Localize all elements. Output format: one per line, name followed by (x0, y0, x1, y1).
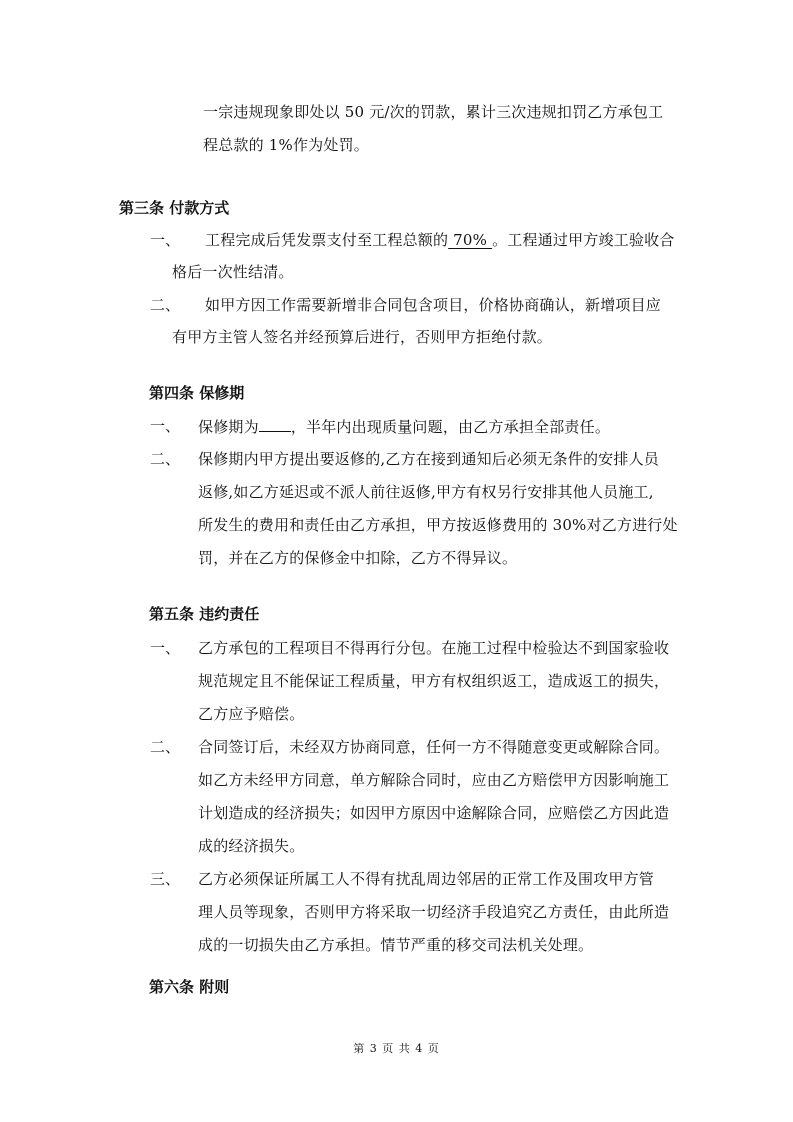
paragraph-line: 保修期内甲方提出要返修的,乙方在接到通知后必须无条件的安排人员 (198, 449, 659, 469)
paragraph-line: 成的经济损失。 (198, 836, 304, 856)
text-segment: ，半年内出现质量问题，由乙方承担全部责任。 (291, 418, 610, 436)
item-number: 二、 (150, 295, 180, 315)
item-number: 一、 (150, 416, 180, 436)
page-footer: 第 3 页 共 4 页 (0, 1040, 793, 1056)
paragraph-line: 如甲方因工作需要新增非合同包含项目，价格协商确认，新增项目应 (205, 295, 661, 315)
paragraph-line: 有甲方主管人签名并经预算后进行，否则甲方拒绝付款。 (172, 327, 552, 347)
section-heading: 第六条 附则 (149, 977, 229, 997)
paragraph-line: 乙方应予赔偿。 (198, 704, 304, 724)
paragraph-line: 乙方必须保证所属工人不得有扰乱周边邻居的正常工作及围攻甲方管 (198, 869, 654, 889)
paragraph-line: 乙方承包的工程项目不得再行分包。在施工过程中检验达不到国家验收 (198, 638, 669, 658)
paragraph-line: 罚，并在乙方的保修金中扣除，乙方不得异议。 (198, 548, 517, 568)
paragraph-line: 理人员等现象，否则甲方将采取一切经济手段追究乙方责任，由此所造 (198, 902, 669, 922)
text-segment: 。工程通过甲方竣工验收合 (492, 231, 674, 249)
paragraph-line: 一宗违规现象即处以 50 元/次的罚款，累计三次违规扣罚乙方承包工 (203, 102, 663, 122)
item-number: 二、 (150, 737, 180, 757)
item-number: 三、 (150, 869, 180, 889)
paragraph-line: 合同签订后，未经双方协商同意，任何一方不得随意变更或解除合同。 (198, 737, 669, 757)
item-number: 一、 (150, 638, 180, 658)
section-heading: 第五条 违约责任 (149, 604, 259, 624)
warranty-period-blank (259, 416, 291, 432)
item-number: 一、 (150, 230, 180, 250)
paragraph-line: 计划造成的经济损失；如因甲方原因中途解除合同，应赔偿乙方因此造 (198, 803, 669, 823)
paragraph-line: 所发生的费用和责任由乙方承担，甲方按返修费用的 30%对乙方进行处 (198, 515, 678, 535)
paragraph-line: 成的一切损失由乙方承担。情节严重的移交司法机关处理。 (198, 935, 593, 955)
paragraph-line: 规范规定且不能保证工程质量，甲方有权组织返工，造成返工的损失， (198, 671, 669, 691)
document-page: 一宗违规现象即处以 50 元/次的罚款，累计三次违规扣罚乙方承包工 程总款的 1… (0, 0, 793, 1122)
paragraph-line: 格后一次性结清。 (172, 262, 294, 282)
payment-percentage: 70% (448, 231, 492, 249)
item-number: 二、 (150, 449, 180, 469)
paragraph-line: 如乙方未经甲方同意，单方解除合同时，应由乙方赔偿甲方因影响施工 (198, 770, 669, 790)
paragraph-line: 工程完成后凭发票支付至工程总额的 70% 。工程通过甲方竣工验收合 (205, 230, 675, 250)
section-heading: 第四条 保修期 (149, 383, 244, 403)
paragraph-line: 程总款的 1%作为处罚。 (203, 135, 369, 155)
text-segment: 保修期为 (198, 418, 259, 436)
paragraph-line: 保修期为，半年内出现质量问题，由乙方承担全部责任。 (198, 416, 610, 437)
section-heading: 第三条 付款方式 (119, 198, 229, 218)
paragraph-line: 返修,如乙方延迟或不派人前往返修,甲方有权另行安排其他人员施工, (198, 482, 654, 502)
text-segment: 工程完成后凭发票支付至工程总额的 (205, 231, 448, 249)
